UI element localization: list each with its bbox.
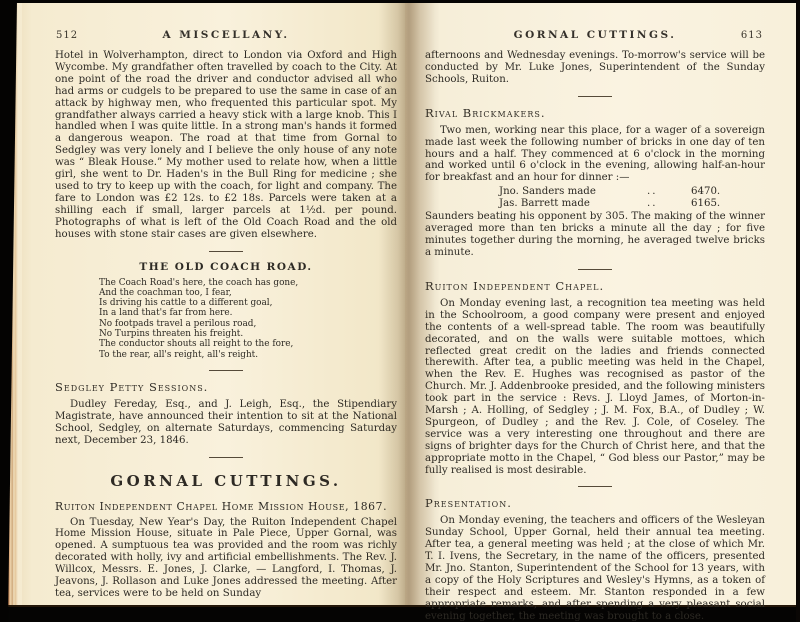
ruiton-chapel-heading: Ruiton Independent Chapel. [425, 279, 765, 293]
poem-line: The conductor shouts all reight to the f… [99, 339, 397, 349]
section-divider [209, 251, 243, 252]
sedgley-sessions-heading: Sedgley Petty Sessions. [55, 380, 397, 394]
poem-line: Is driving his cattle to a different goa… [99, 298, 397, 308]
section-divider [209, 370, 243, 371]
book-scan: 512 A MISCELLANY. Hotel in Wolverhampton… [0, 0, 800, 622]
left-page-number: 512 [56, 30, 78, 41]
tally-dot-leader: .. [647, 198, 691, 210]
brick-tally-list: Jno. Sanders made .. 6470. Jas. Barrett … [499, 186, 765, 210]
section-divider [209, 457, 243, 458]
paragraph-brickmakers-result: Saunders beating his opponent by 305. Th… [425, 211, 765, 259]
paragraph-presentation: On Monday evening, the teachers and offi… [425, 515, 765, 622]
tally-row-sanders: Jno. Sanders made .. 6470. [499, 186, 765, 198]
poem-line: No footpads travel a perilous road, [99, 319, 397, 329]
left-page: 512 A MISCELLANY. Hotel in Wolverhampton… [6, 3, 405, 605]
tally-row-barrett: Jas. Barrett made .. 6165. [499, 198, 765, 210]
poem-line: And the coachman too, I fear, [99, 288, 397, 298]
old-coach-road-poem: The Coach Road's here, the coach has gon… [99, 278, 397, 360]
tally-dot-leader: .. [647, 186, 691, 198]
paragraph-mission-house: On Tuesday, New Year's Day, the Ruiton I… [55, 517, 397, 600]
tally-name: Jas. Barrett made [499, 198, 647, 210]
paragraph-ruiton-chapel: On Monday evening last, a recognition te… [425, 298, 765, 477]
right-running-header: GORNAL CUTTINGS. [425, 29, 765, 41]
gornal-cuttings-chapter-heading: GORNAL CUTTINGS. [55, 472, 397, 490]
rival-brickmakers-heading: Rival Brickmakers. [425, 106, 765, 120]
right-page: 613 GORNAL CUTTINGS. afternoons and Wedn… [405, 3, 797, 605]
paragraph-sedgley-sessions: Dudley Fereday, Esq., and J. Leigh, Esq.… [55, 399, 397, 447]
poem-line: To the rear, all's reight, all's reight. [99, 350, 397, 360]
poem-line: The Coach Road's here, the coach has gon… [99, 278, 397, 288]
section-divider [578, 486, 612, 487]
mission-house-subheading: Ruiton Independent Chapel Home Mission H… [55, 500, 397, 513]
book-spread: 512 A MISCELLANY. Hotel in Wolverhampton… [6, 3, 797, 607]
old-coach-road-heading: THE OLD COACH ROAD. [55, 261, 397, 273]
paragraph-sunday-services: afternoons and Wednesday evenings. To-mo… [425, 50, 765, 86]
section-divider [578, 96, 612, 97]
right-page-number: 613 [741, 30, 763, 41]
left-running-header: A MISCELLANY. [55, 29, 397, 41]
paragraph-coach-road-memoir: Hotel in Wolverhampton, direct to London… [55, 50, 397, 241]
presentation-heading: Presentation. [425, 496, 765, 510]
poem-line: No Turpins threaten his freight. [99, 329, 397, 339]
paragraph-brickmakers-intro: Two men, working near this place, for a … [425, 125, 765, 185]
tally-value: 6470. [691, 186, 720, 198]
tally-value: 6165. [691, 198, 720, 210]
section-divider [578, 269, 612, 270]
poem-line: In a land that's far from here. [99, 308, 397, 318]
tally-name: Jno. Sanders made [499, 186, 647, 198]
